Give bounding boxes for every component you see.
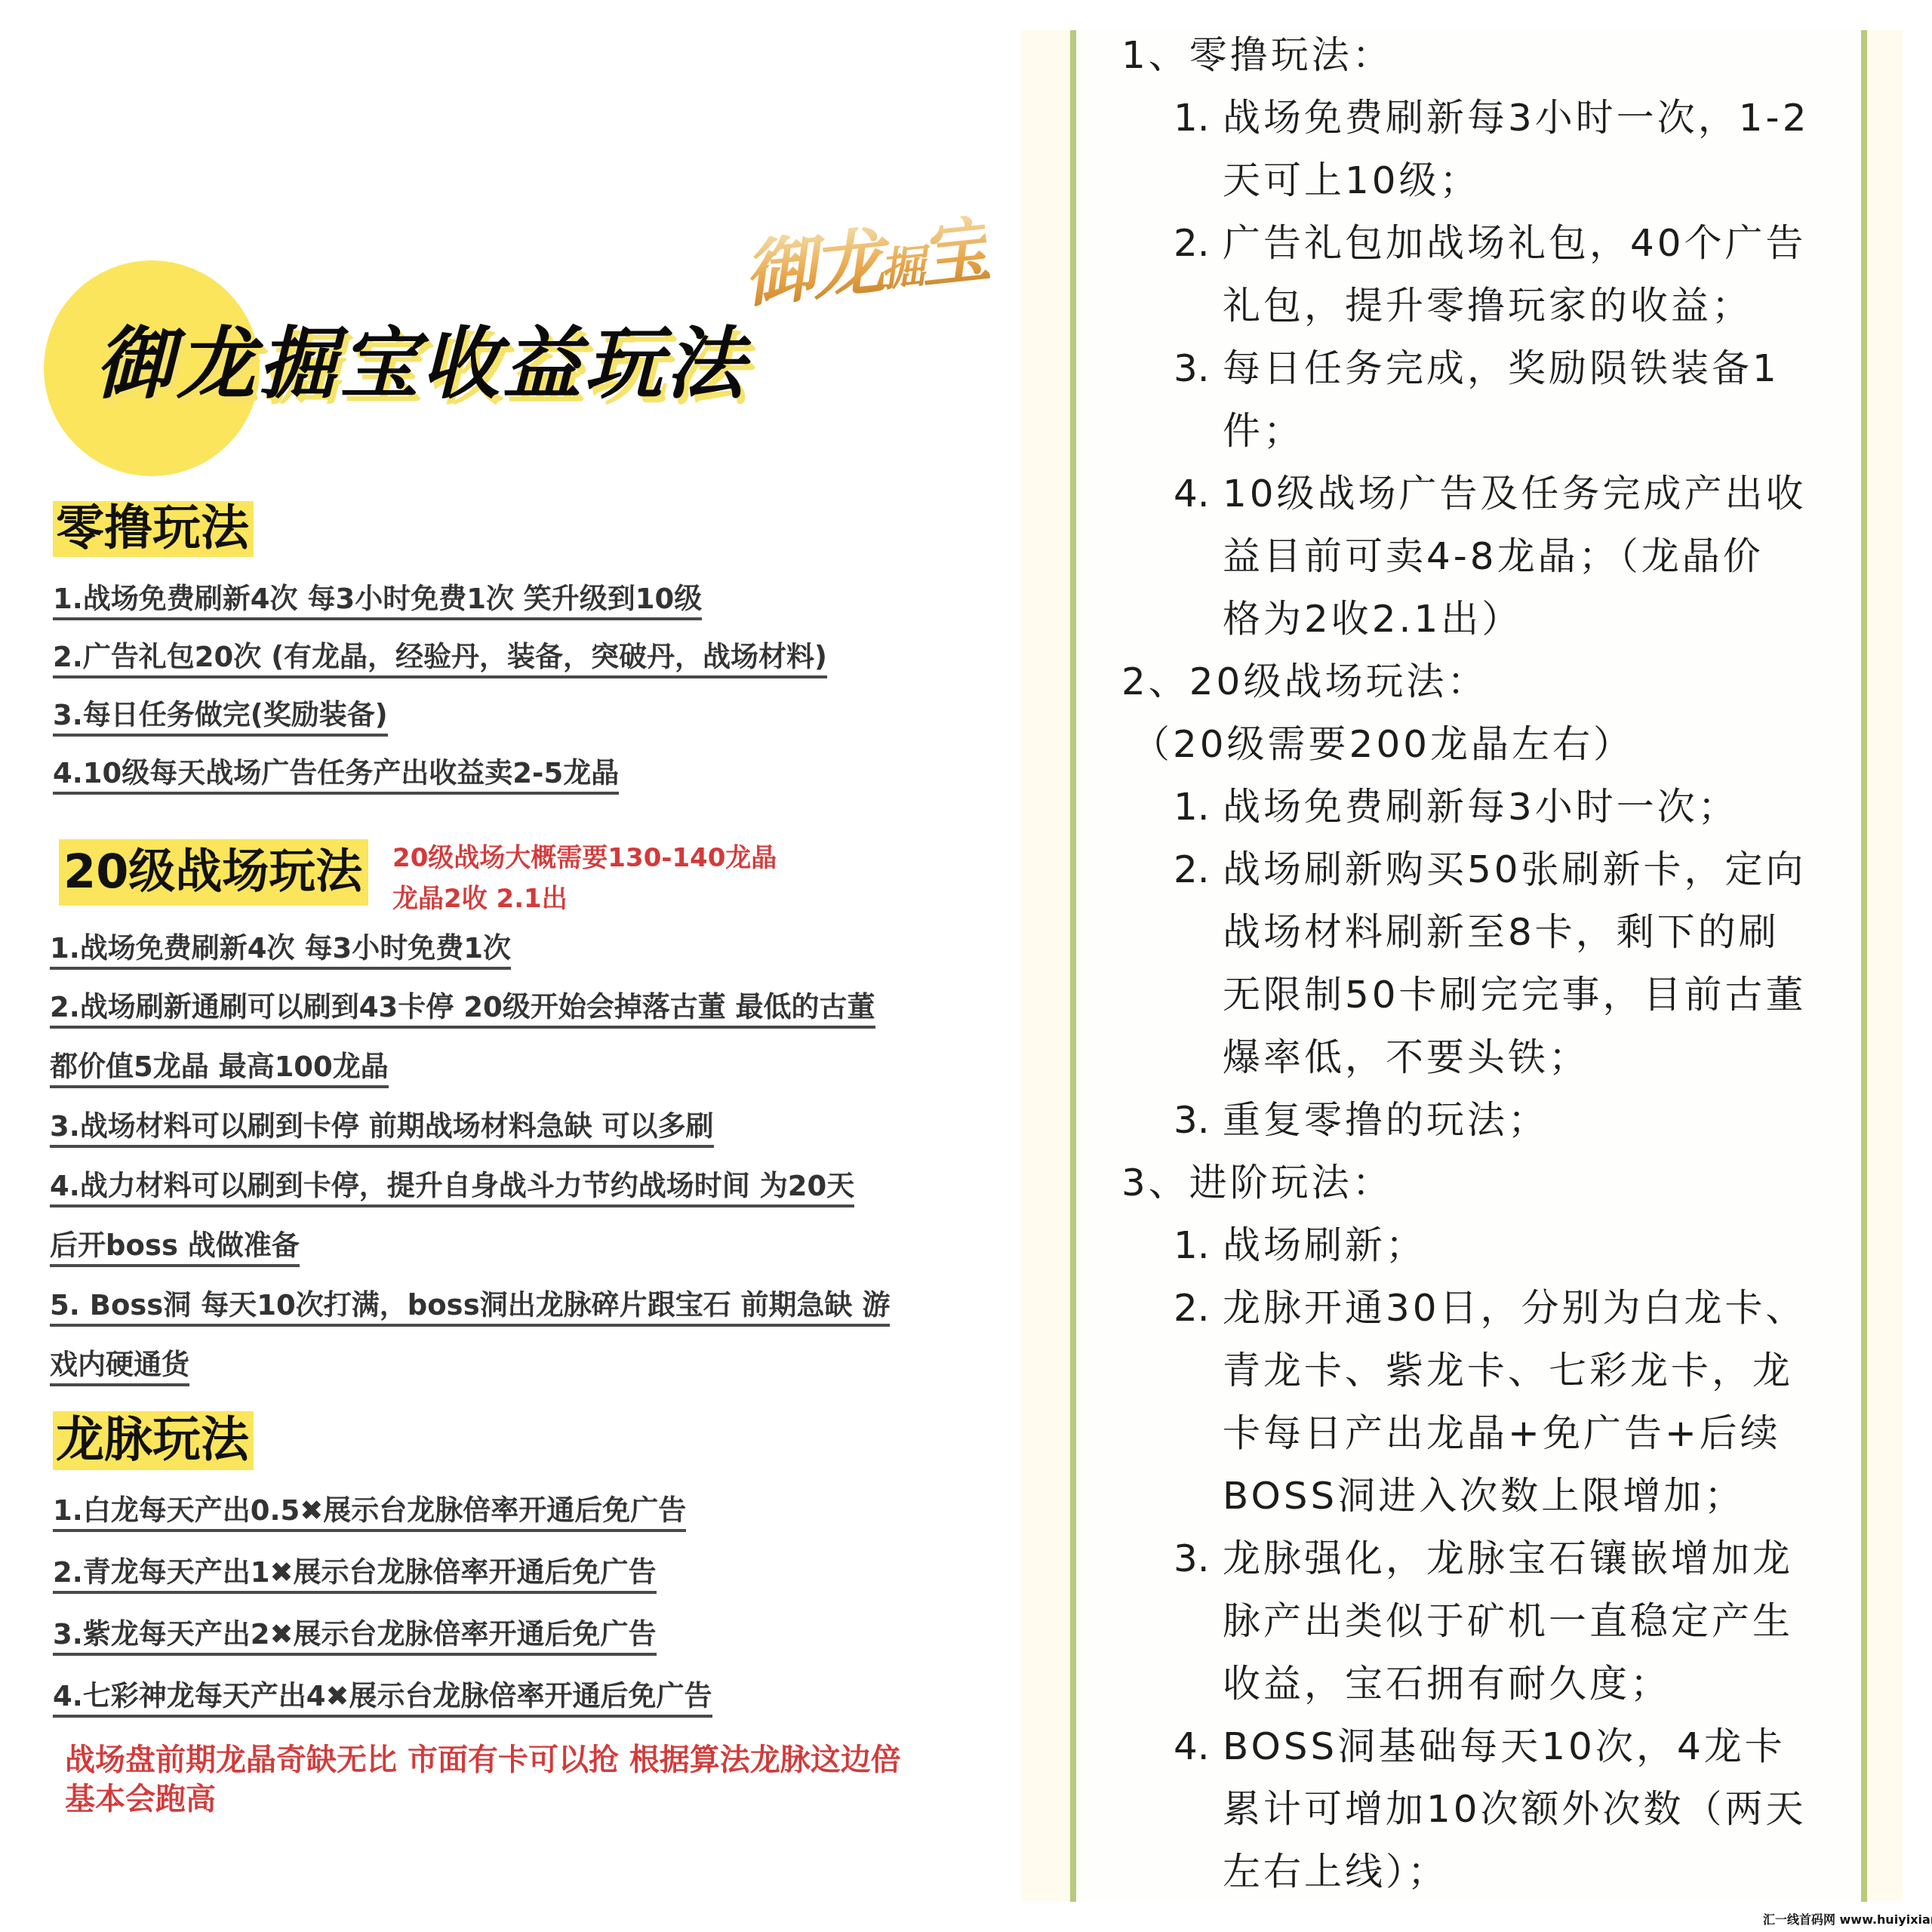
item-text: 脉产出类似于矿机一直稳定产生 <box>1223 1602 1793 1640</box>
logo-text-small: 掘 <box>878 241 924 297</box>
logo-text-tail: 宝 <box>915 208 992 299</box>
item-text: 战场免费刷新每3小时一次，1-2 <box>1223 99 1809 137</box>
list-item: 1.白龙每天产出0.5✖展示台龙脉倍率开通后免广告 <box>53 1497 686 1532</box>
red-note: 龙晶2收 2.1出 <box>392 886 568 912</box>
item-text: 左右上线）； <box>1223 1853 1448 1890</box>
red-footer-note: 基本会跑高 <box>65 1784 216 1814</box>
logo-text-big: 御龙 <box>740 219 884 317</box>
section-subheading: （20级需要200龙晶左右） <box>1132 725 1634 763</box>
section-heading: 3、进阶玩法： <box>1121 1164 1393 1201</box>
item-text: 战场刷新购买50张刷新卡，定向 <box>1223 851 1807 888</box>
item-text: 益目前可卖4-8龙晶；（龙晶价 <box>1223 537 1764 575</box>
section-heading: 2、20级战场玩法： <box>1121 663 1487 700</box>
item-number: 2. <box>1174 224 1210 262</box>
item-number: 1. <box>1174 99 1210 137</box>
section-heading: 1、零撸玩法： <box>1121 36 1393 74</box>
list-item: 3.战场材料可以刷到卡停 前期战场材料急缺 可以多刷 <box>50 1112 714 1148</box>
section-heading-dragon-vein: 龙脉玩法 <box>53 1411 254 1470</box>
item-text: 龙脉开通30日，分别为白龙卡、 <box>1223 1289 1807 1327</box>
item-text: 收益，宝石拥有耐久度； <box>1223 1665 1671 1703</box>
watermark: 汇一线首码网 www.huiyixian.com <box>1763 1914 1932 1926</box>
list-item: 3.每日任务做完(奖励装备) <box>53 701 388 737</box>
list-item: 3.紫龙每天产出2✖展示台龙脉倍率开通后免广告 <box>53 1620 657 1656</box>
list-item: 4.七彩神龙每天产出4✖展示台龙脉倍率开通后免广告 <box>53 1682 712 1718</box>
section-heading-zero-cost: 零撸玩法 <box>53 501 254 557</box>
item-text: 重复零撸的玩法； <box>1223 1101 1549 1139</box>
item-number: 1. <box>1174 788 1210 826</box>
item-number: 3. <box>1174 349 1210 387</box>
list-item: 1.战场免费刷新4次 每3小时免费1次 笑升级到10级 <box>53 585 702 620</box>
list-item: 后开boss 战做准备 <box>50 1232 300 1267</box>
item-text: BOSS洞进入次数上限增加； <box>1223 1477 1745 1515</box>
brand-logo: 御龙掘宝 <box>740 214 991 311</box>
item-text: 天可上10级； <box>1223 162 1481 199</box>
item-text: 礼包，提升零撸玩家的收益； <box>1223 287 1752 325</box>
item-number: 2. <box>1174 1289 1210 1327</box>
list-item: 2.战场刷新通刷可以刷到43卡停 20级开始会掉落古董 最低的古董 <box>50 993 875 1029</box>
item-text: 10级战场广告及任务完成产出收 <box>1223 475 1807 512</box>
list-item: 2.青龙每天产出1✖展示台龙脉倍率开通后免广告 <box>53 1558 657 1594</box>
item-text: 青龙卡、紫龙卡、七彩龙卡，龙 <box>1223 1352 1793 1389</box>
item-text: 每日任务完成，奖励陨铁装备1 <box>1223 349 1780 387</box>
item-text: 累计可增加10次额外次数（两天 <box>1223 1790 1807 1828</box>
page-title: 御龙掘宝收益玩法 <box>95 325 747 403</box>
item-number: 2. <box>1174 851 1210 888</box>
item-text: 爆率低，不要头铁； <box>1223 1038 1589 1076</box>
list-item: 都价值5龙晶 最高100龙晶 <box>50 1053 389 1088</box>
red-note: 20级战场大概需要130-140龙晶 <box>392 845 777 871</box>
section-heading-level20: 20级战场玩法 <box>59 839 368 906</box>
item-number: 1. <box>1174 1226 1210 1264</box>
item-text: 广告礼包加战场礼包，40个广告 <box>1223 224 1807 262</box>
list-item: 戏内硬通货 <box>50 1351 189 1386</box>
item-text: 战场免费刷新每3小时一次； <box>1223 788 1739 826</box>
item-number: 4. <box>1174 1727 1210 1765</box>
item-text: 战场刷新； <box>1223 1226 1426 1264</box>
list-item: 5. Boss洞 每天10次打满，boss洞出龙脉碎片跟宝石 前期急缺 游 <box>50 1291 890 1327</box>
item-text: BOSS洞基础每天10次，4龙卡 <box>1223 1727 1786 1765</box>
item-text: 格为2收2.1出） <box>1223 600 1522 638</box>
item-text: 龙脉强化，龙脉宝石镶嵌增加龙 <box>1223 1540 1793 1577</box>
item-text: 卡每日产出龙晶+免广告+后续 <box>1223 1414 1781 1452</box>
item-text: 战场材料刷新至8卡，剩下的刷 <box>1223 913 1780 951</box>
list-item: 4.10级每天战场广告任务产出收益卖2-5龙晶 <box>53 759 619 795</box>
item-text: 件； <box>1223 412 1304 450</box>
item-number: 4. <box>1174 475 1210 512</box>
item-text: 无限制50卡刷完完事，目前古董 <box>1223 976 1807 1014</box>
item-number: 3. <box>1174 1540 1210 1577</box>
red-footer-note: 战场盘前期龙晶奇缺无比 市面有卡可以抢 根据算法龙脉这边倍 <box>65 1745 901 1775</box>
list-item: 4.战力材料可以刷到卡停，提升自身战斗力节约战场时间 为20天 <box>50 1172 854 1207</box>
list-item: 1.战场免费刷新4次 每3小时免费1次 <box>50 934 511 970</box>
list-item: 2.广告礼包20次 (有龙晶，经验丹，装备，突破丹，战场材料) <box>53 643 827 678</box>
item-number: 3. <box>1174 1101 1210 1139</box>
